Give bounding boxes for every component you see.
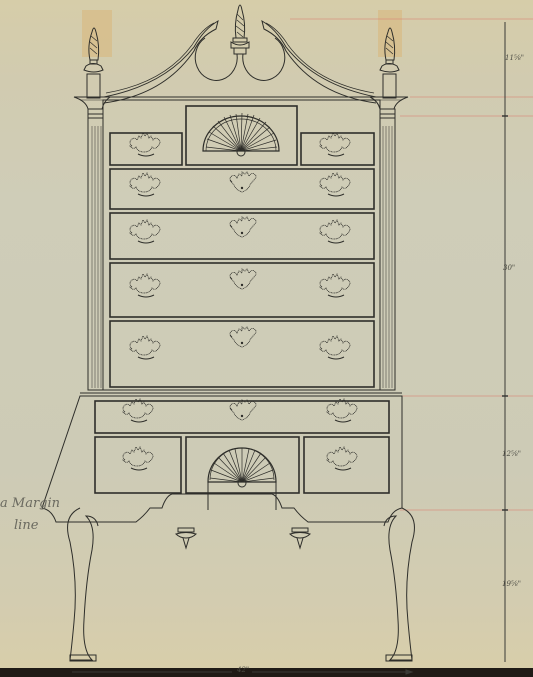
upper-small-drawer-right [301, 133, 374, 165]
left-drop-pendant [176, 528, 196, 548]
lower-drawer-left [95, 437, 181, 493]
tape-stain-left [82, 10, 112, 57]
highboy-drawing [0, 0, 533, 677]
bonnet-height-label: 11⅝" [505, 54, 524, 62]
lower-case-height-label: 12⅝" [502, 450, 521, 458]
overall-width-label: 42" [237, 666, 249, 674]
tape-stain-right [378, 10, 402, 57]
center-finial [231, 5, 249, 54]
right-drop-pendant [290, 528, 310, 548]
drawer-pulls [123, 133, 357, 470]
lower-fan-drawer [186, 437, 299, 493]
left-capital [74, 97, 110, 109]
swan-neck-pediment [104, 21, 376, 103]
margin-note-line2: line [14, 516, 38, 536]
lower-drawer-right [304, 437, 389, 493]
margin-note-line1: a Margin [0, 494, 60, 514]
height-dimension-line [502, 22, 508, 662]
upper-fan-carving [203, 113, 279, 156]
left-fluted-column [88, 109, 103, 390]
left-cabriole-leg [68, 508, 98, 661]
right-fluted-column [380, 109, 395, 390]
lower-fan-carving [208, 448, 276, 510]
upper-small-drawer-left [110, 133, 182, 165]
leg-height-label: 19⅝" [502, 580, 521, 588]
upper-case-height-label: 30" [503, 264, 515, 272]
right-cabriole-leg [384, 508, 414, 661]
